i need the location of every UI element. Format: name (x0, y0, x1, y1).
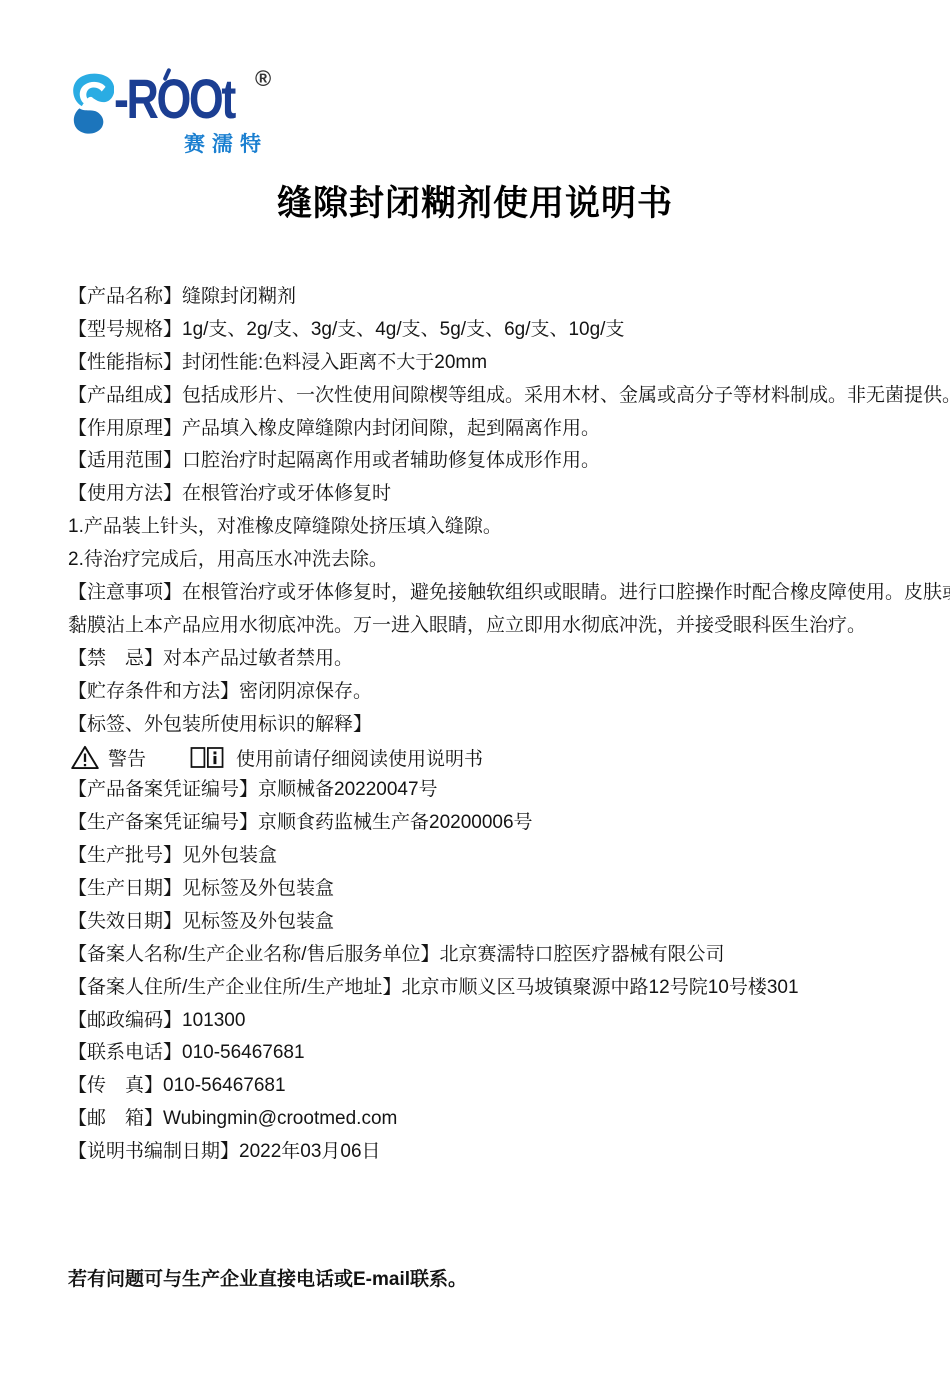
text-line: 【说明书编制日期】2022年03月06日 (68, 1136, 930, 1169)
text-line: 【使用方法】在根管治疗或牙体修复时 (68, 478, 930, 511)
text-line: 2.待治疗完成后，用高压水冲洗去除。 (68, 544, 930, 577)
text-line: 【贮存条件和方法】密闭阴凉保存。 (68, 676, 930, 709)
symbol-legend-row: 警告 使用前请仔细阅读使用说明书 (68, 741, 930, 774)
brand-logo: -ROOt ® 赛濡特 (68, 58, 288, 153)
text-line: 黏膜沾上本产品应用水彻底冲洗。万一进入眼睛，应立即用水彻底冲洗，并接受眼科医生治… (68, 610, 930, 643)
text-line: 【生产备案凭证编号】京顺食药监械生产备20200006号 (68, 807, 930, 840)
text-line: 【备案人名称/生产企业名称/售后服务单位】北京赛濡特口腔医疗器械有限公司 (68, 939, 930, 972)
page-title: 缝隙封闭糊剂使用说明书 (0, 176, 950, 226)
text-line: 【产品备案凭证编号】京顺械备20220047号 (68, 774, 930, 807)
spec-lines-bottom: 【产品备案凭证编号】京顺械备20220047号【生产备案凭证编号】京顺食药监械生… (68, 774, 930, 1169)
text-line: 【禁 忌】对本产品过敏者禁用。 (68, 643, 930, 676)
text-line: 【产品名称】缝隙封闭糊剂 (68, 281, 930, 314)
leaflet-body: 【产品名称】缝隙封闭糊剂【型号规格】1g/支、2g/支、3g/支、4g/支、5g… (68, 281, 930, 1169)
instruction-leaflet-page: -ROOt ® 赛濡特 缝隙封闭糊剂使用说明书 【产品名称】缝隙封闭糊剂【型号规… (0, 0, 950, 1381)
text-line: 【性能指标】封闭性能:色料浸入距离不大于20mm (68, 347, 930, 380)
spec-lines-top: 【产品名称】缝隙封闭糊剂【型号规格】1g/支、2g/支、3g/支、4g/支、5g… (68, 281, 930, 741)
text-line: 【作用原理】产品填入橡皮障缝隙内封闭间隙，起到隔离作用。 (68, 413, 930, 446)
text-line: 【适用范围】口腔治疗时起隔离作用或者辅助修复体成形作用。 (68, 445, 930, 478)
text-line: 【失效日期】见标签及外包装盒 (68, 906, 930, 939)
registered-trademark-icon: ® (255, 66, 271, 92)
text-line: 【产品组成】包括成形片、一次性使用间隙楔等组成。采用木材、金属或高分子等材料制成… (68, 380, 930, 413)
text-line: 1.产品装上针头，对准橡皮障缝隙处挤压填入缝隙。 (68, 511, 930, 544)
text-line: 【邮政编码】101300 (68, 1005, 930, 1038)
text-line: 【标签、外包装所使用标识的解释】 (68, 709, 930, 742)
warning-triangle-icon (70, 744, 100, 771)
tooth-logo-icon (68, 72, 114, 134)
text-line: 【注意事项】在根管治疗或牙体修复时，避免接触软组织或眼睛。进行口腔操作时配合橡皮… (68, 577, 930, 610)
text-line: 【生产日期】见标签及外包装盒 (68, 873, 930, 906)
brand-chinese-name: 赛濡特 (184, 128, 268, 158)
consult-instructions-icon (188, 744, 226, 771)
text-line: 【联系电话】010-56467681 (68, 1037, 930, 1070)
text-line: 【备案人住所/生产企业住所/生产地址】北京市顺义区马坡镇聚源中路12号院10号楼… (68, 972, 930, 1005)
text-line: 【传 真】010-56467681 (68, 1070, 930, 1103)
read-instructions-label: 使用前请仔细阅读使用说明书 (236, 744, 483, 771)
warning-label: 警告 (108, 744, 146, 771)
text-line: 【生产批号】见外包装盒 (68, 840, 930, 873)
text-line: 【邮 箱】Wubingmin@crootmed.com (68, 1103, 930, 1136)
footer-note: 若有问题可与生产企业直接电话或E-mail联系。 (68, 1264, 467, 1291)
brand-wordmark: -ROOt (114, 66, 234, 131)
text-line: 【型号规格】1g/支、2g/支、3g/支、4g/支、5g/支、6g/支、10g/… (68, 314, 930, 347)
